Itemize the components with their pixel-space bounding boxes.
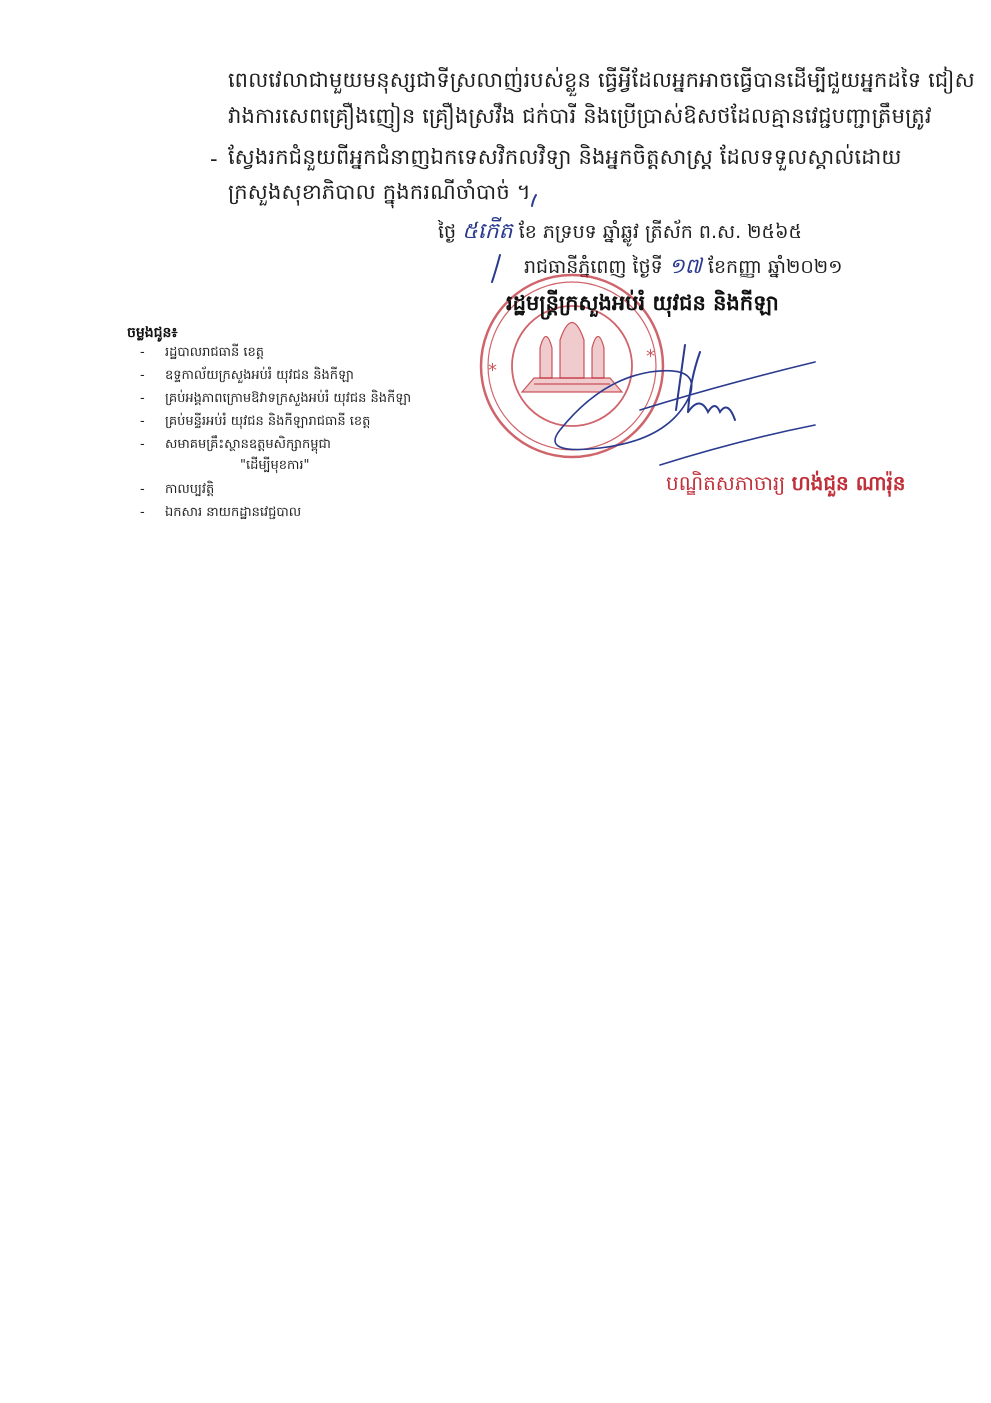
cc-item: ឯកសារ នាយកដ្ឋានវេជ្ជបាល xyxy=(165,503,301,523)
cc-dash: - xyxy=(140,437,145,452)
signer-honorific: បណ្ឌិតសភាចារ្យ xyxy=(666,471,785,495)
cc-item: សមាគមគ្រឹះស្ថានឧត្តមសិក្សាកម្ពុជា xyxy=(165,435,331,455)
solar-date-rest: ខែកញ្ញា ឆ្នាំ២០២១ xyxy=(708,256,843,278)
cc-dash: - xyxy=(140,414,145,429)
cc-dash: - xyxy=(140,391,145,406)
minister-title: រដ្ឋមន្ត្រីក្រសួងអប់រំ យុវជន និងកីឡា xyxy=(506,290,779,321)
svg-text:*: * xyxy=(646,346,655,367)
cc-dash: - xyxy=(140,368,145,383)
bullet-marker: - xyxy=(210,147,218,171)
cc-item: កាលប្បវត្តិ xyxy=(165,480,214,500)
solar-day-handwritten: ១៧ xyxy=(669,254,702,278)
cc-dash: - xyxy=(140,482,145,497)
cc-item-continuation: "ដើម្បីមុខការ" xyxy=(240,456,309,476)
ministry-seal-icon: * * xyxy=(0,0,991,1403)
lunar-date-rest: ខែ ភទ្របទ ឆ្នាំឆ្លូវ ត្រីស័ក ព.ស. ២៥៦៥ xyxy=(519,221,802,243)
paragraph-line-2: វាងការសេពគ្រឿងញៀន គ្រឿងស្រវឹង ជក់បារី និ… xyxy=(228,102,932,130)
lunar-day-prefix: ថ្ងៃ xyxy=(438,221,456,243)
paragraph-line-1: ពេលវេលាជាមួយមនុស្សជាទីស្រលាញ់របស់ខ្លួន ធ… xyxy=(228,66,975,94)
cc-item: គ្រប់មន្ទីរអប់រំ យុវជន និងកីឡារាជធានី ខេ… xyxy=(165,412,370,432)
solar-day-prefix: រាជធានីភ្នំពេញ ថ្ងៃទី xyxy=(524,256,663,278)
bullet-line-1: ស្វែងរកជំនួយពីអ្នកជំនាញឯកទេសវិកលវិទ្យា ន… xyxy=(228,143,902,171)
bullet-line-2: ក្រសួងសុខាភិបាល ក្នុងករណីចាំបាច់ ។ xyxy=(228,178,531,206)
signer-name-line: បណ្ឌិតសភាចារ្យ ហង់ជួន ណារ៉ុន xyxy=(666,470,906,500)
signer-name: ហង់ជួន ណារ៉ុន xyxy=(792,471,906,495)
cc-dash: - xyxy=(140,505,145,520)
svg-text:*: * xyxy=(488,360,497,381)
lunar-date-line: ថ្ងៃ ៥កើត ខែ ភទ្របទ ឆ្នាំឆ្លូវ ត្រីស័ក ព… xyxy=(438,220,802,244)
cc-title: ចម្លងជូន៖ xyxy=(127,323,178,344)
cc-item: រដ្ឋបាលរាជធានី ខេត្ត xyxy=(165,343,264,363)
cc-item: ឧទ្ទកាល័យក្រសួងអប់រំ យុវជន និងកីឡា xyxy=(165,366,354,386)
cc-item: គ្រប់អង្គភាពក្រោមឱវាទក្រសួងអប់រំ យុវជន ន… xyxy=(165,389,411,409)
cc-dash: - xyxy=(140,345,145,360)
lunar-day-handwritten: ៥កើត xyxy=(462,219,513,244)
solar-date-line: រាជធានីភ្នំពេញ ថ្ងៃទី ១៧ ខែកញ្ញា ឆ្នាំ២០… xyxy=(524,254,843,279)
